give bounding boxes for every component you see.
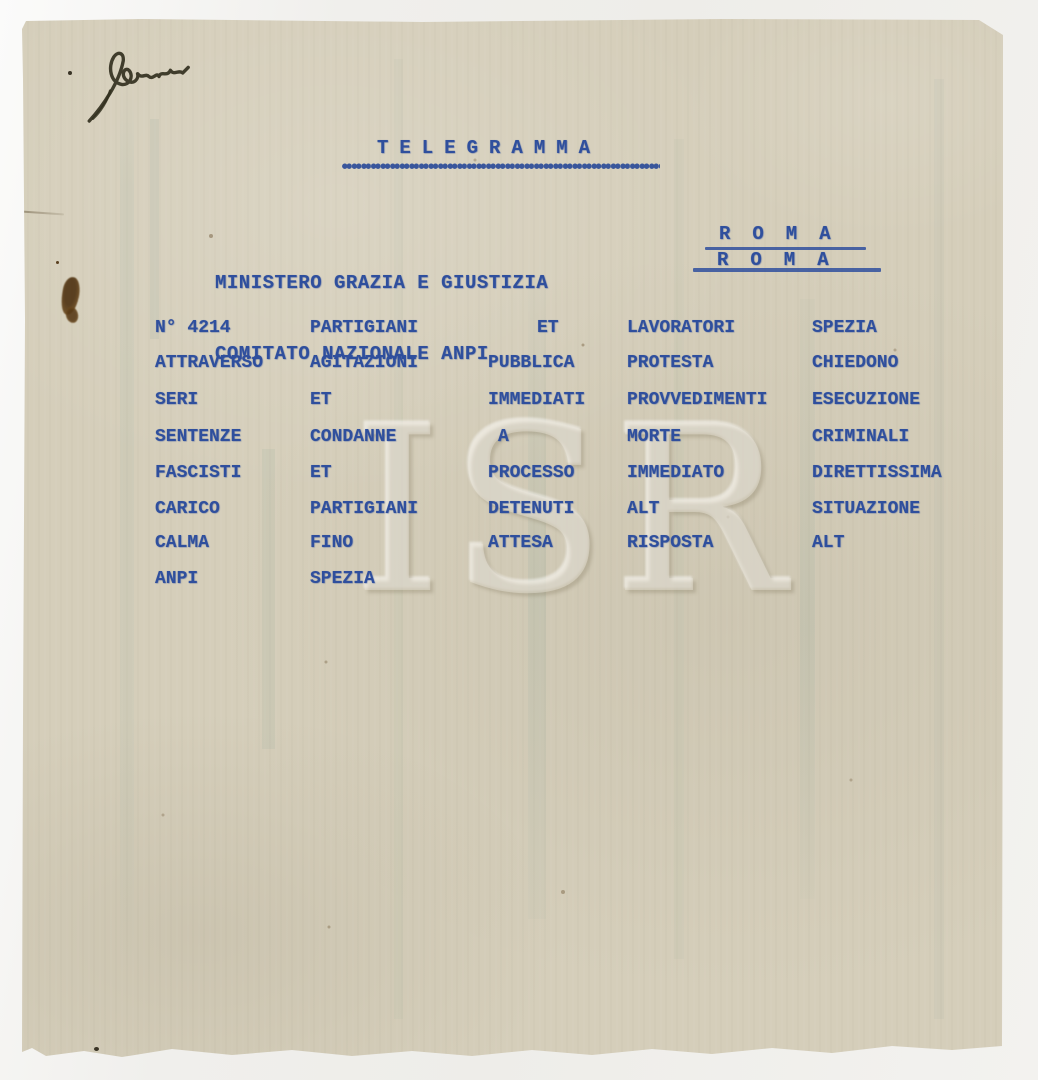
telegram-word: LAVORATORI — [627, 319, 735, 337]
telegram-word: CARICO — [155, 500, 220, 518]
telegram-word: ATTRAVERSO — [155, 354, 263, 372]
telegram-word: PARTIGIANI — [310, 319, 418, 337]
telegram-word: DETENUTI — [488, 500, 574, 518]
paper-speckles — [22, 19, 24, 21]
telegram-word: MORTE — [627, 428, 681, 446]
telegram-word: PROCESSO — [488, 464, 574, 482]
telegram-word: ALT — [812, 534, 844, 552]
telegram-word: DIRETTISSIMA — [812, 464, 942, 482]
telegram-word: ET — [537, 319, 559, 337]
telegram-word: PARTIGIANI — [310, 500, 418, 518]
telegram-word: A — [498, 428, 509, 446]
telegram-word: ET — [310, 464, 332, 482]
telegram-word: SERI — [155, 391, 198, 409]
telegram-word: SPEZIA — [310, 570, 375, 588]
telegram-word: IMMEDIATI — [488, 391, 585, 409]
telegram-word: SITUAZIONE — [812, 500, 920, 518]
telegram-word: ESECUZIONE — [812, 391, 920, 409]
telegram-word: CONDANNE — [310, 428, 396, 446]
telegram-word: CALMA — [155, 534, 209, 552]
telegram-word: CHIEDONO — [812, 354, 898, 372]
telegram-word: AGITAZIONI — [310, 354, 418, 372]
telegram-word: PROTESTA — [627, 354, 713, 372]
telegram-word: SENTENZE — [155, 428, 241, 446]
telegram-body: N° 4214PARTIGIANIETLAVORATORISPEZIAATTRA… — [22, 19, 1003, 1059]
telegram-word: ET — [310, 391, 332, 409]
telegram-word: ANPI — [155, 570, 198, 588]
telegram-word: N° 4214 — [155, 319, 231, 337]
telegram-word: PUBBLICA — [488, 354, 574, 372]
telegram-word: FINO — [310, 534, 353, 552]
telegram-word: ATTESA — [488, 534, 553, 552]
telegram-word: ALT — [627, 500, 659, 518]
telegram-word: RISPOSTA — [627, 534, 713, 552]
telegram-word: SPEZIA — [812, 319, 877, 337]
telegram-word: IMMEDIATO — [627, 464, 724, 482]
telegram-word: PROVVEDIMENTI — [627, 391, 767, 409]
telegram-word: FASCISTI — [155, 464, 241, 482]
telegram-paper-sheet: ISR TELEGRAMMA MINISTERO GRAZIA E GIUSTI… — [22, 19, 1003, 1059]
telegram-word: CRIMINALI — [812, 428, 909, 446]
